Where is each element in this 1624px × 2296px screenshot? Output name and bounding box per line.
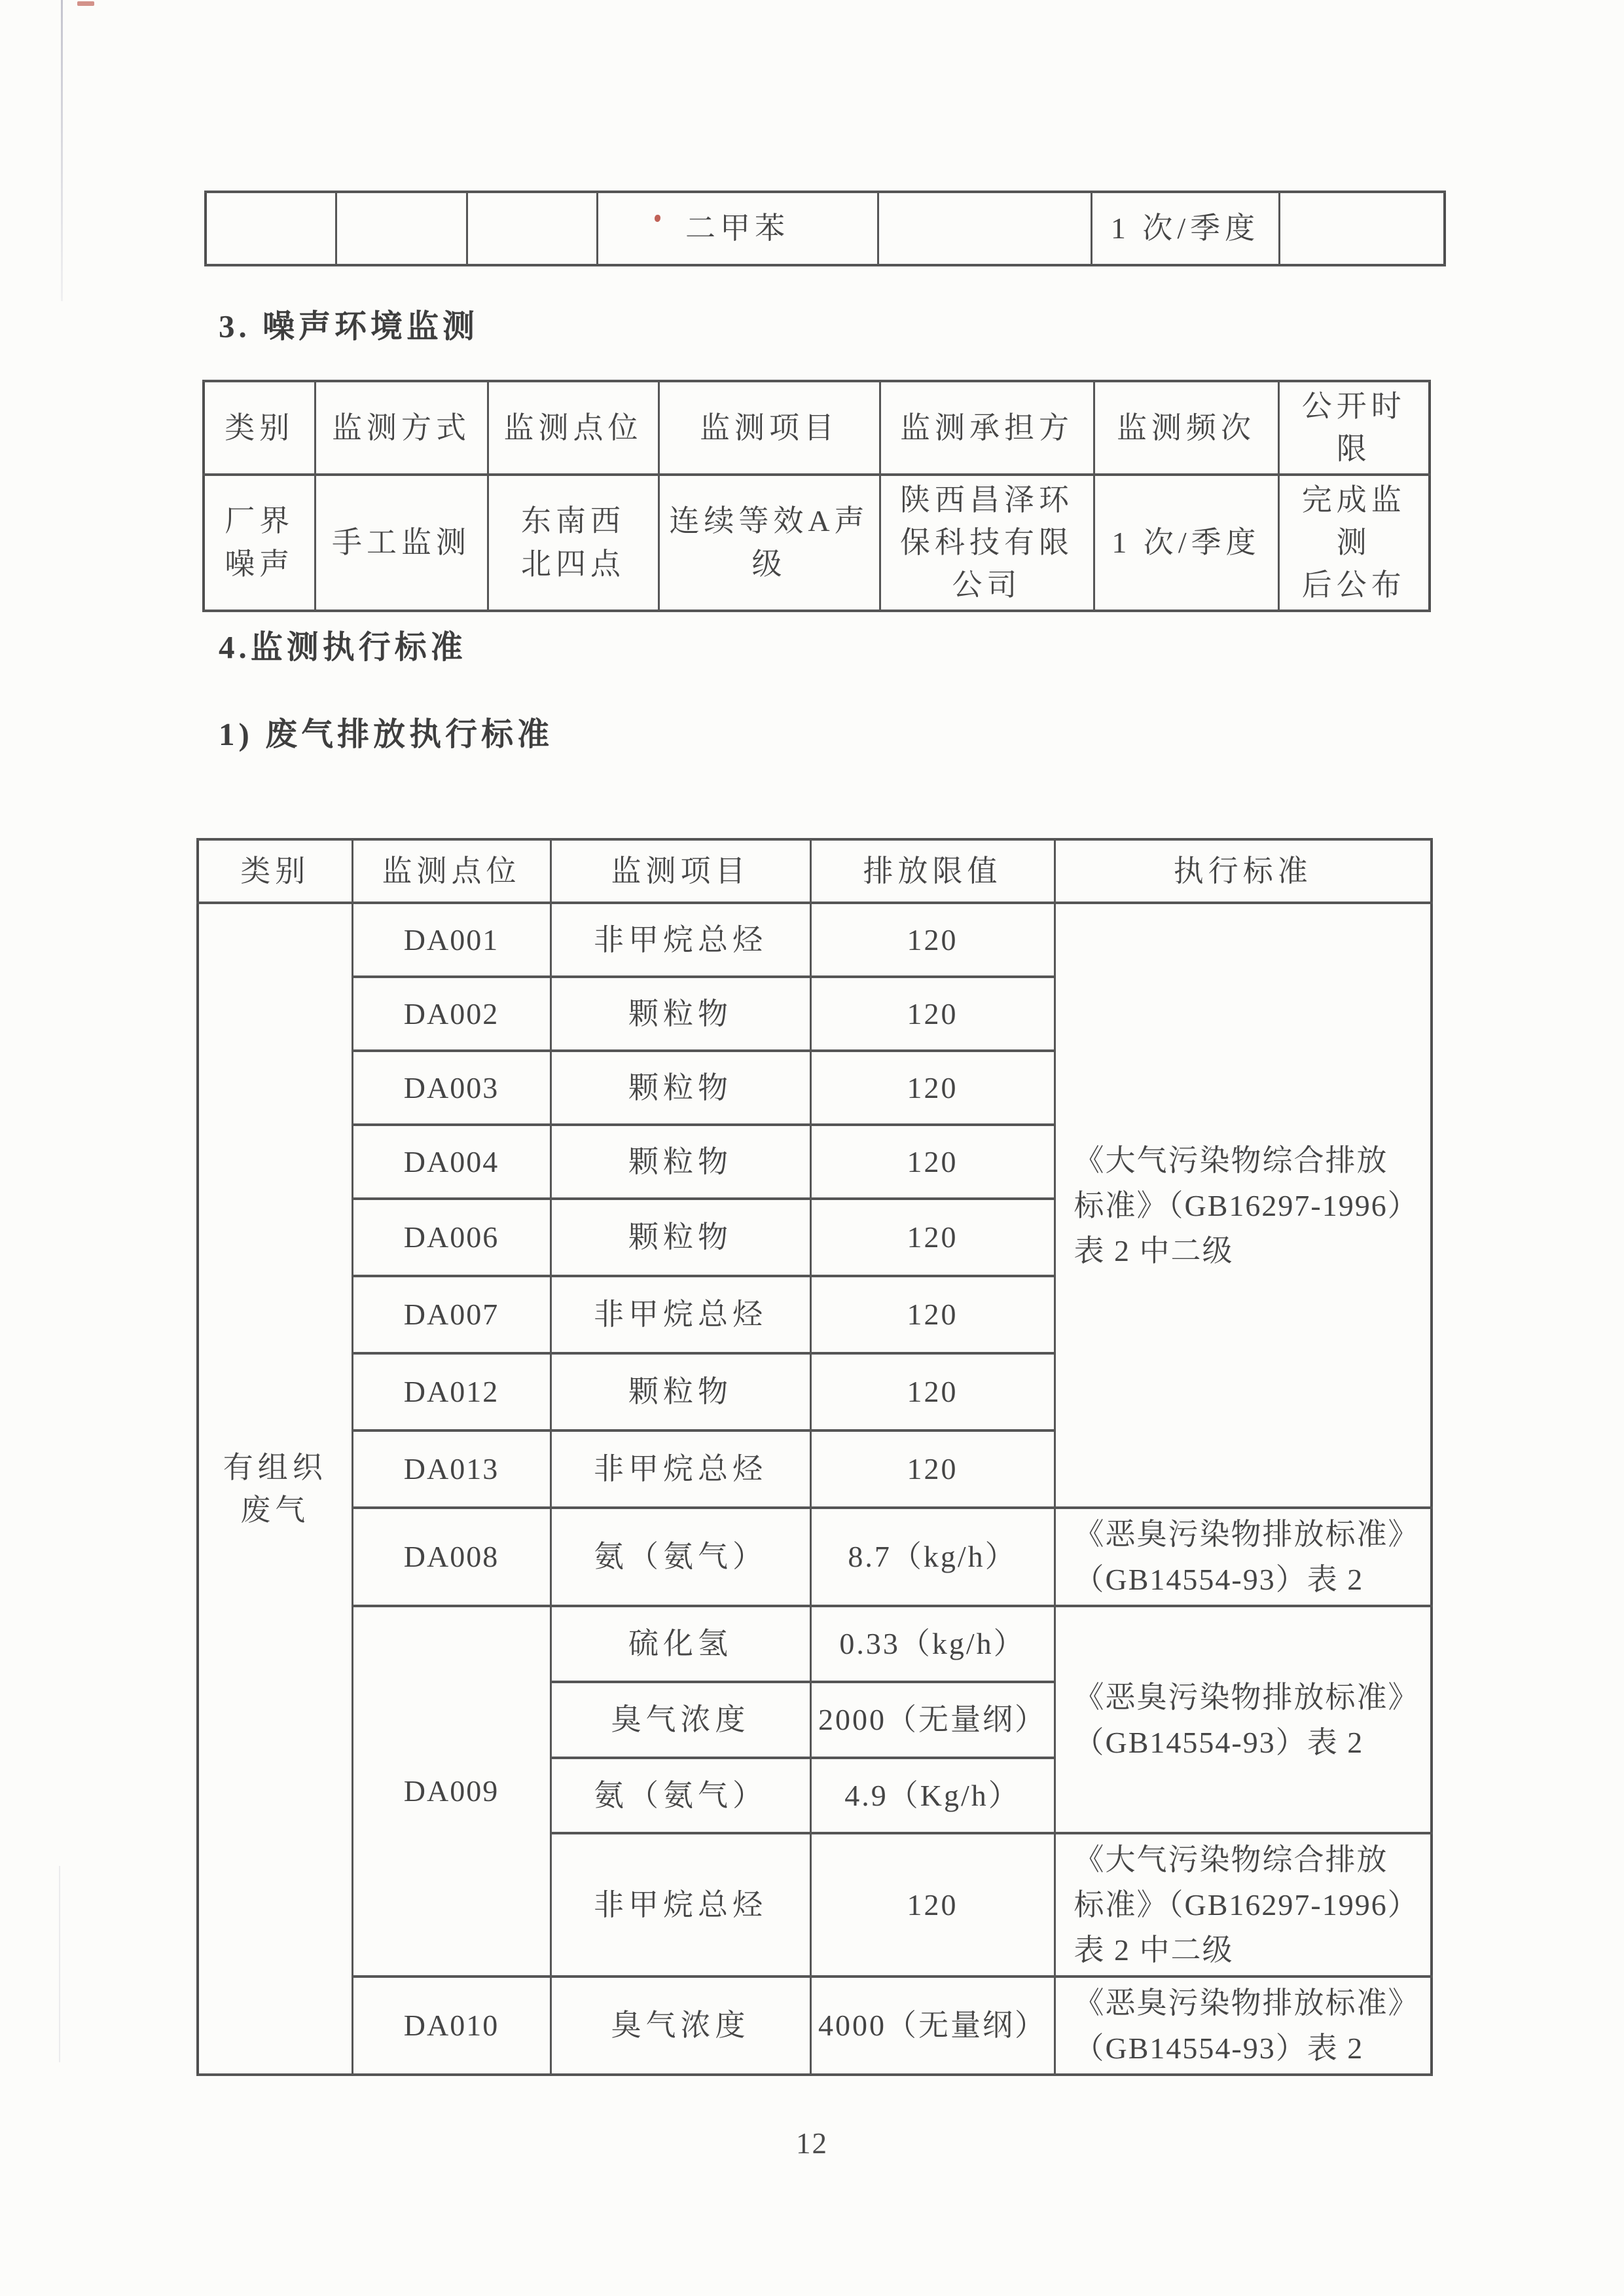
cell-empty	[1279, 192, 1445, 265]
scan-red-mark	[77, 1, 94, 6]
cell-emission-limit: 8.7（kg/h）	[810, 1508, 1055, 1606]
cell-monitor-point: DA007	[352, 1276, 550, 1353]
cell-monitor-item: 非甲烷总烃	[550, 1833, 810, 1977]
cell-monitor-point: 东南西 北四点	[488, 475, 659, 611]
cell-monitor-undertaker: 陕西昌泽环 保科技有限 公司	[880, 475, 1094, 611]
cell-monitor-point: DA006	[352, 1199, 550, 1276]
table-row: 有组织 废气 DA001 非甲烷总烃 120 《大气污染物综合排放 标准》（GB…	[198, 903, 1432, 977]
cell-monitor-point: DA004	[352, 1125, 550, 1199]
cell-executive-standard: 《大气污染物综合排放 标准》（GB16297-1996） 表 2 中二级	[1055, 903, 1432, 1508]
continued-table-fragment: 二甲苯 1 次/季度	[204, 191, 1446, 266]
cell-emission-limit: 2000（无量纲）	[810, 1682, 1055, 1758]
cell-empty	[336, 192, 467, 265]
cell-monitor-point: DA003	[352, 1051, 550, 1125]
col-header-monitor-item: 监测项目	[659, 381, 880, 475]
cell-monitor-item: 二甲苯	[597, 192, 878, 265]
cell-executive-standard: 《恶臭污染物排放标准》 （GB14554-93）表 2	[1055, 1508, 1432, 1606]
col-header-executive-standard: 执行标准	[1055, 839, 1432, 903]
cell-frequency: 1 次/季度	[1091, 192, 1279, 265]
cell-monitor-item: 非甲烷总烃	[550, 903, 810, 977]
col-header-monitor-point: 监测点位	[352, 839, 550, 903]
section-4-heading: 4.监测执行标准	[219, 622, 467, 668]
cell-monitor-item: 连续等效A声 级	[659, 475, 880, 611]
cell-emission-limit: 0.33（kg/h）	[810, 1606, 1055, 1682]
cell-emission-limit: 120	[810, 1833, 1055, 1977]
cell-monitor-item: 臭气浓度	[550, 1977, 810, 2075]
cell-emission-limit: 120	[810, 1199, 1055, 1276]
col-header-monitor-undertaker: 监测承担方	[880, 381, 1094, 475]
scan-fold-artifact	[61, 0, 63, 301]
col-header-emission-limit: 排放限值	[810, 839, 1055, 903]
cell-monitor-item: 非甲烷总烃	[550, 1276, 810, 1353]
col-header-monitor-method: 监测方式	[315, 381, 488, 475]
cell-monitor-item: 颗粒物	[550, 1125, 810, 1199]
subsection-1-heading: 1) 废气排放执行标准	[219, 709, 553, 755]
cell-monitor-point: DA002	[352, 977, 550, 1051]
cell-monitor-point: DA008	[352, 1508, 550, 1606]
cell-monitor-item: 非甲烷总烃	[550, 1430, 810, 1508]
cell-monitor-item: 颗粒物	[550, 1051, 810, 1125]
col-header-publish-time: 公开时限	[1278, 381, 1430, 475]
scan-fold-artifact-bottom	[59, 1866, 60, 2062]
cell-empty	[878, 192, 1091, 265]
table-row: 厂界 噪声 手工监测 东南西 北四点 连续等效A声 级 陕西昌泽环 保科技有限 …	[204, 475, 1430, 611]
col-header-category: 类别	[198, 839, 352, 903]
noise-monitoring-table: 类别 监测方式 监测点位 监测项目 监测承担方 监测频次 公开时限 厂界 噪声 …	[202, 380, 1431, 612]
cell-monitor-point: DA010	[352, 1977, 550, 2075]
cell-publish-time: 完成监测 后公布	[1278, 475, 1430, 611]
cell-emission-limit: 120	[810, 903, 1055, 977]
cell-category: 厂界 噪声	[204, 475, 315, 611]
cell-category: 有组织 废气	[198, 903, 352, 2075]
cell-empty	[467, 192, 597, 265]
table-row: 二甲苯 1 次/季度	[206, 192, 1445, 265]
cell-emission-limit: 4000（无量纲）	[810, 1977, 1055, 2075]
cell-executive-standard: 《恶臭污染物排放标准》 （GB14554-93）表 2	[1055, 1606, 1432, 1833]
cell-monitor-point: DA009	[352, 1606, 550, 1977]
cell-monitor-item: 颗粒物	[550, 977, 810, 1051]
table-row: DA010 臭气浓度 4000（无量纲） 《恶臭污染物排放标准》 （GB1455…	[198, 1977, 1432, 2075]
cell-monitor-point: DA001	[352, 903, 550, 977]
cell-monitor-item: 臭气浓度	[550, 1682, 810, 1758]
cell-monitor-point: DA012	[352, 1353, 550, 1430]
table-header-row: 类别 监测方式 监测点位 监测项目 监测承担方 监测频次 公开时限	[204, 381, 1430, 475]
page-number: 12	[0, 2126, 1624, 2160]
cell-monitor-item: 硫化氢	[550, 1606, 810, 1682]
cell-monitor-point: DA013	[352, 1430, 550, 1508]
cell-emission-limit: 120	[810, 1125, 1055, 1199]
cell-monitor-item: 颗粒物	[550, 1199, 810, 1276]
emission-standards-table: 类别 监测点位 监测项目 排放限值 执行标准 有组织 废气 DA001 非甲烷总…	[196, 838, 1433, 2076]
table-row: DA009 硫化氢 0.33（kg/h） 《恶臭污染物排放标准》 （GB1455…	[198, 1606, 1432, 1682]
section-3-heading: 3. 噪声环境监测	[219, 301, 478, 347]
document-page: 二甲苯 1 次/季度 3. 噪声环境监测 类别 监测方式 监测点位 监测项目 监…	[0, 0, 1624, 2296]
table-row: DA008 氨（氨气） 8.7（kg/h） 《恶臭污染物排放标准》 （GB145…	[198, 1508, 1432, 1606]
cell-executive-standard: 《恶臭污染物排放标准》 （GB14554-93）表 2	[1055, 1977, 1432, 2075]
cell-emission-limit: 120	[810, 977, 1055, 1051]
cell-executive-standard: 《大气污染物综合排放 标准》（GB16297-1996） 表 2 中二级	[1055, 1833, 1432, 1977]
cell-emission-limit: 120	[810, 1276, 1055, 1353]
cell-empty	[206, 192, 336, 265]
cell-emission-limit: 120	[810, 1051, 1055, 1125]
col-header-monitor-frequency: 监测频次	[1094, 381, 1278, 475]
cell-monitor-item: 颗粒物	[550, 1353, 810, 1430]
col-header-category: 类别	[204, 381, 315, 475]
cell-monitor-item: 氨（氨气）	[550, 1758, 810, 1833]
cell-emission-limit: 120	[810, 1430, 1055, 1508]
col-header-monitor-item: 监测项目	[550, 839, 810, 903]
cell-monitor-item: 氨（氨气）	[550, 1508, 810, 1606]
cell-monitor-method: 手工监测	[315, 475, 488, 611]
cell-monitor-frequency: 1 次/季度	[1094, 475, 1278, 611]
col-header-monitor-point: 监测点位	[488, 381, 659, 475]
cell-emission-limit: 4.9（Kg/h）	[810, 1758, 1055, 1833]
cell-emission-limit: 120	[810, 1353, 1055, 1430]
table-header-row: 类别 监测点位 监测项目 排放限值 执行标准	[198, 839, 1432, 903]
